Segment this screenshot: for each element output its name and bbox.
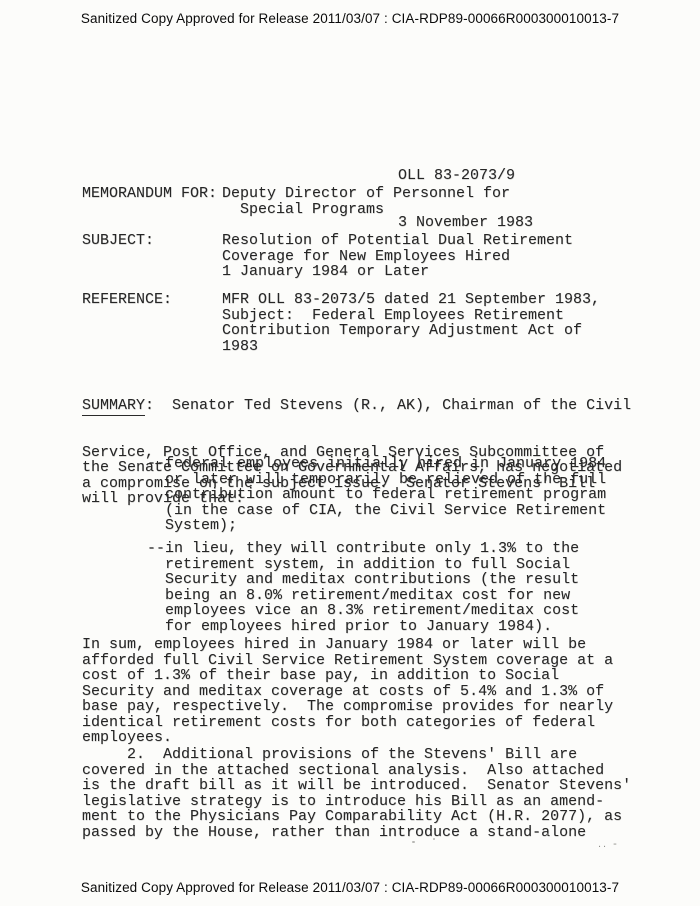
summary-label: SUMMARY [82, 397, 145, 416]
text-line: for employees hired prior to January 198… [147, 619, 579, 635]
text-line: is the draft bill as it will be introduc… [82, 778, 631, 794]
text-line: Subject: Federal Employees Retirement [222, 308, 600, 324]
text-line: Contribution Temporary Adjustment Act of [222, 323, 600, 339]
scanned-memo-page: Sanitized Copy Approved for Release 2011… [0, 0, 700, 906]
text-line: employees. [82, 730, 613, 746]
text-line: MFR OLL 83-2073/5 dated 21 September 198… [222, 292, 600, 308]
text-line: 1983 [222, 339, 600, 355]
sanitization-banner-top: Sanitized Copy Approved for Release 2011… [0, 11, 700, 26]
text-line: 1 January 1984 or Later [222, 264, 573, 280]
text-line: 2. Additional provisions of the Stevens'… [82, 747, 631, 763]
subject-label: SUBJECT: [82, 233, 154, 249]
text-line: (in the case of CIA, the Civil Service R… [147, 503, 606, 519]
text-line: covered in the attached sectional analys… [82, 763, 631, 779]
text-line: --federal employees initially hired in J… [147, 456, 606, 472]
scan-artifact [412, 841, 415, 843]
text-line: retirement system, in addition to full S… [147, 557, 579, 573]
document-number: OLL 83-2073/9 [398, 168, 533, 184]
text-line: --in lieu, they will contribute only 1.3… [147, 541, 579, 557]
text-line: Special Programs [222, 202, 510, 218]
text-line: afforded full Civil Service Retirement S… [82, 653, 613, 669]
scan-artifact [433, 838, 435, 840]
reference-value: MFR OLL 83-2073/5 dated 21 September 198… [222, 292, 600, 354]
text-line: In sum, employees hired in January 1984 … [82, 637, 613, 653]
text-line: employees vice an 8.3% retirement/medita… [147, 603, 579, 619]
text-line: System); [147, 518, 606, 534]
text-line: Coverage for New Employees Hired [222, 249, 573, 265]
bullet-item-2: --in lieu, they will contribute only 1.3… [147, 541, 579, 634]
scan-artifact-marks: .. - [598, 838, 619, 850]
text-line: Deputy Director of Personnel for [222, 186, 510, 202]
text-line: identical retirement costs for both cate… [82, 715, 613, 731]
text-line: passed by the House, rather than introdu… [82, 825, 631, 841]
bullet-item-1: --federal employees initially hired in J… [147, 456, 606, 534]
summary-first-line: SUMMARY: Senator Ted Stevens (R., AK), C… [82, 398, 631, 414]
text-line: Resolution of Potential Dual Retirement [222, 233, 573, 249]
in-sum-paragraph: In sum, employees hired in January 1984 … [82, 637, 613, 746]
subject-field: SUBJECT: Resolution of Potential Dual Re… [0, 233, 700, 295]
text-line: Security and meditax coverage at costs o… [82, 684, 613, 700]
reference-label: REFERENCE: [82, 292, 172, 308]
text-line: Security and meditax contributions (the … [147, 572, 579, 588]
reference-field: REFERENCE: MFR OLL 83-2073/5 dated 21 Se… [0, 292, 700, 354]
memo-for-value: Deputy Director of Personnel for Special… [222, 186, 510, 217]
memo-for-label: MEMORANDUM FOR: [82, 186, 217, 202]
scan-artifact [547, 833, 549, 835]
paragraph-2: 2. Additional provisions of the Stevens'… [82, 747, 631, 840]
text-line: contribution amount to federal retiremen… [147, 487, 606, 503]
subject-value: Resolution of Potential Dual RetirementC… [222, 233, 573, 280]
text-line: being an 8.0% retirement/meditax cost fo… [147, 588, 579, 604]
summary-first-line-rest: : Senator Ted Stevens (R., AK), Chairman… [145, 397, 631, 414]
text-line: ment to the Physicians Pay Comparability… [82, 809, 631, 825]
text-line: cost of 1.3% of their base pay, in addit… [82, 668, 613, 684]
text-line: or later will temporarily be relieved of… [147, 472, 606, 488]
text-line: base pay, respectively. The compromise p… [82, 699, 613, 715]
sanitization-banner-bottom: Sanitized Copy Approved for Release 2011… [0, 880, 700, 895]
text-line: legislative strategy is to introduce his… [82, 794, 631, 810]
